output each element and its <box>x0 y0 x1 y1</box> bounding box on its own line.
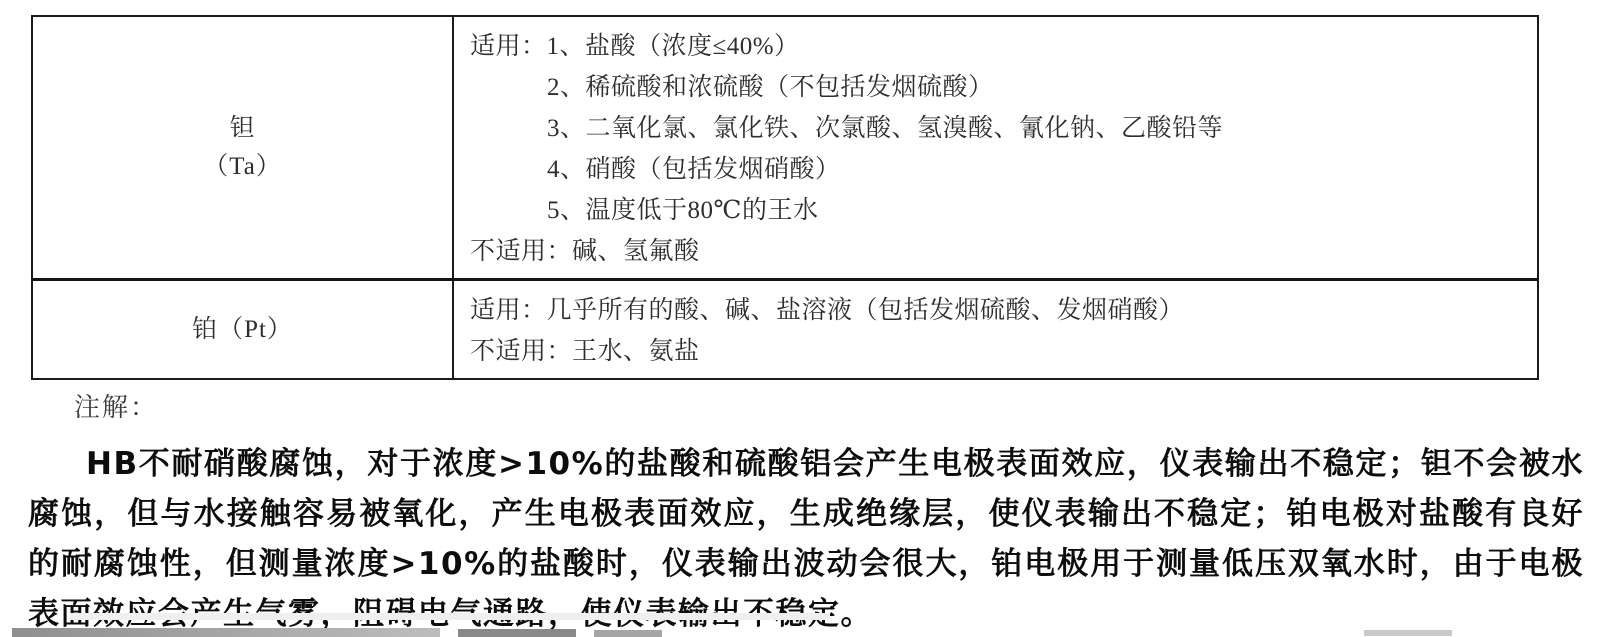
applicable-line-pt: 适用：几乎所有的酸、碱、盐溶液（包括发烟硫酸、发烟硝酸） <box>470 290 1525 331</box>
not-applicable-line-ta: 不适用：碱、氢氟酸 <box>470 231 1525 272</box>
electrode-material-table: 钽 （Ta） 适用：1、盐酸（浓度≤40%） 2、稀硫酸和浓硫酸（不包括发烟硫酸… <box>31 15 1539 380</box>
cutoff-strip-right <box>1364 630 1452 636</box>
applicable-item-3: 3、二氧化氯、氯化铁、次氯酸、氢溴酸、氰化钠、乙酸铅等 <box>470 108 1525 149</box>
note-body: HB不耐硝酸腐蚀，对于浓度>10%的盐酸和硫酸铝会产生电极表面效应，仪表输出不稳… <box>28 439 1584 637</box>
material-symbol-ta: （Ta） <box>33 148 452 186</box>
note-heading: 注解： <box>74 392 1584 424</box>
not-applicable-line-pt: 不适用：王水、氨盐 <box>470 331 1525 372</box>
applicable-line-1: 适用：1、盐酸（浓度≤40%） <box>470 26 1525 67</box>
cutoff-strip-mid-1 <box>458 629 576 637</box>
material-name-ta: 钽 <box>33 110 452 148</box>
applicable-item-1: 1、盐酸（浓度≤40%） <box>547 33 800 60</box>
scan-ghost-line <box>70 613 830 620</box>
note-section: 注解： HB不耐硝酸腐蚀，对于浓度>10%的盐酸和硫酸铝会产生电极表面效应，仪表… <box>28 392 1584 637</box>
material-cell-pt: 铂（Pt） <box>32 280 453 380</box>
material-cell-ta: 钽 （Ta） <box>32 16 453 280</box>
material-name-pt: 铂（Pt） <box>33 311 452 349</box>
document-page: 钽 （Ta） 适用：1、盐酸（浓度≤40%） 2、稀硫酸和浓硫酸（不包括发烟硫酸… <box>0 0 1600 637</box>
applicable-label: 适用： <box>470 33 547 60</box>
applicable-item-4: 4、硝酸（包括发烟硝酸） <box>470 149 1525 190</box>
table-row-tantalum: 钽 （Ta） 适用：1、盐酸（浓度≤40%） 2、稀硫酸和浓硫酸（不包括发烟硫酸… <box>32 16 1538 280</box>
cutoff-strip-mid-2 <box>594 630 662 637</box>
applicable-item-5: 5、温度低于80℃的王水 <box>470 190 1525 231</box>
table-row-platinum: 铂（Pt） 适用：几乎所有的酸、碱、盐溶液（包括发烟硫酸、发烟硝酸） 不适用：王… <box>32 280 1538 380</box>
applicable-item-2: 2、稀硫酸和浓硫酸（不包括发烟硫酸） <box>470 67 1525 108</box>
applicability-cell-ta: 适用：1、盐酸（浓度≤40%） 2、稀硫酸和浓硫酸（不包括发烟硫酸） 3、二氧化… <box>453 16 1538 280</box>
cutoff-strip-left <box>12 628 440 637</box>
applicability-cell-pt: 适用：几乎所有的酸、碱、盐溶液（包括发烟硫酸、发烟硝酸） 不适用：王水、氨盐 <box>453 280 1538 380</box>
